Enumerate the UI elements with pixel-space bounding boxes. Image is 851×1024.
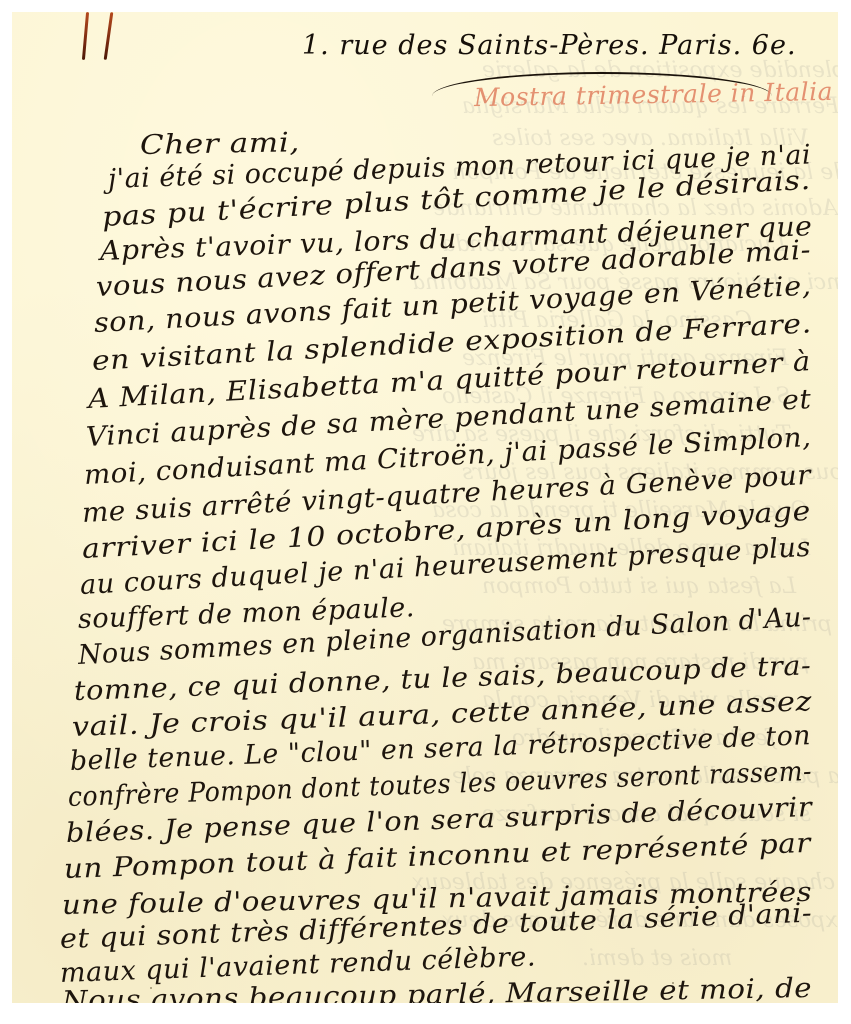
bleed-line: La festa qui si tutto Pompon	[482, 574, 796, 599]
letterhead-address: 1. rue des Saints-Pères. Paris. 6e.	[302, 30, 797, 61]
bleed-line: mois et demi.	[582, 946, 732, 971]
paper-speck	[417, 1002, 419, 1003]
red-margin-mark	[104, 12, 114, 60]
letter-page: sa splendide exposition de la galerie de…	[12, 12, 838, 1003]
paper-speck	[672, 982, 674, 984]
red-margin-mark	[82, 12, 89, 60]
red-annotation: Mostra trimestrale in Italia	[474, 77, 834, 112]
paper-speck	[150, 987, 152, 989]
salutation: Cher ami,	[140, 127, 300, 161]
